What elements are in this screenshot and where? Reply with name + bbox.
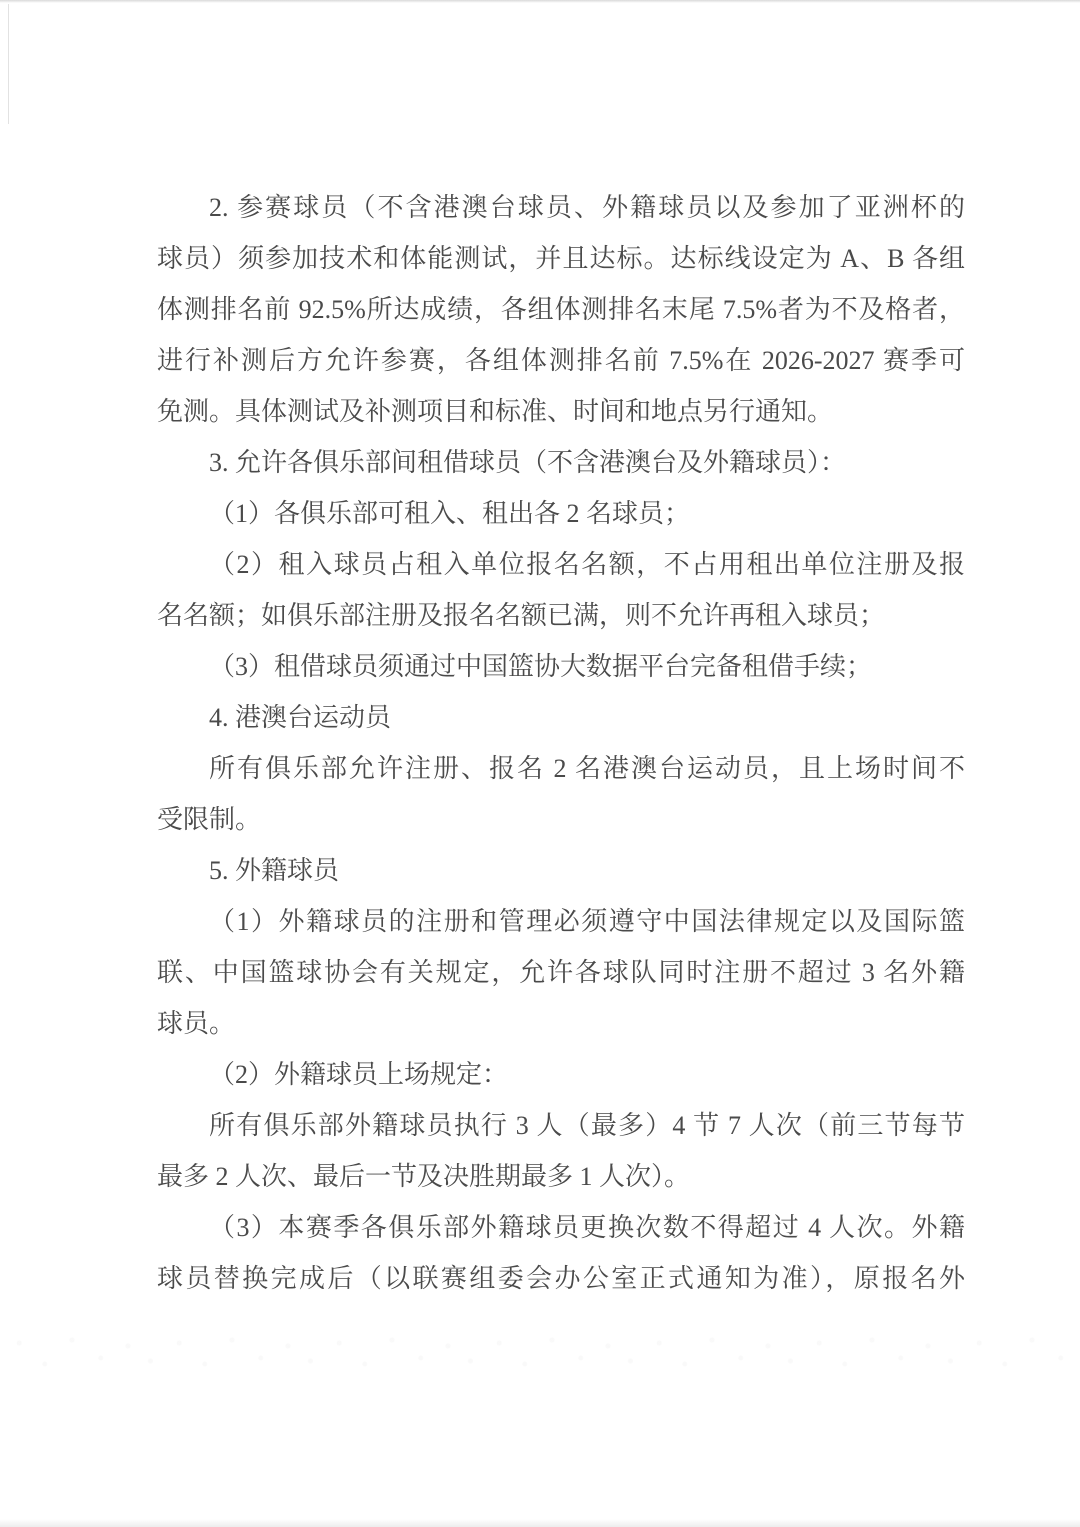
document-line: 球员。	[157, 998, 965, 1049]
scan-artifact-top-edge	[0, 0, 1080, 3]
document-line: 所有俱乐部外籍球员执行 3 人（最多）4 节 7 人次（前三节每节	[157, 1100, 965, 1151]
document-line: 名名额；如俱乐部注册及报名名额已满，则不允许再租入球员；	[157, 590, 965, 641]
document-line: 进行补测后方允许参赛，各组体测排名前 7.5%在 2026-2027 赛季可	[157, 335, 965, 386]
document-line: 2. 参赛球员（不含港澳台球员、外籍球员以及参加了亚洲杯的	[157, 182, 965, 233]
document-line: （3）本赛季各俱乐部外籍球员更换次数不得超过 4 人次。外籍	[157, 1202, 965, 1253]
document-line: （3）租借球员须通过中国篮协大数据平台完备租借手续；	[157, 641, 965, 692]
document-line: 体测排名前 92.5%所达成绩，各组体测排名末尾 7.5%者为不及格者，	[157, 284, 965, 335]
document-line: （2）外籍球员上场规定：	[157, 1049, 965, 1100]
document-line: 最多 2 人次、最后一节及决胜期最多 1 人次）。	[157, 1151, 965, 1202]
document-line: 球员）须参加技术和体能测试，并且达标。达标线设定为 A、B 各组	[157, 233, 965, 284]
scan-artifact-left-edge	[8, 4, 9, 124]
document-line: 5. 外籍球员	[157, 845, 965, 896]
document-line: 3. 允许各俱乐部间租借球员（不含港澳台及外籍球员）：	[157, 437, 965, 488]
document-line: 受限制。	[157, 794, 965, 845]
scan-artifact-bottom-edge	[0, 1519, 1080, 1527]
document-line: （1）外籍球员的注册和管理必须遵守中国法律规定以及国际篮	[157, 896, 965, 947]
document-line: 所有俱乐部允许注册、报名 2 名港澳台运动员，且上场时间不	[157, 743, 965, 794]
document-line: 联、中国篮球协会有关规定，允许各球队同时注册不超过 3 名外籍	[157, 947, 965, 998]
document-line: 球员替换完成后（以联赛组委会办公室正式通知为准），原报名外	[157, 1253, 965, 1304]
document-line: （1）各俱乐部可租入、租出各 2 名球员；	[157, 488, 965, 539]
document-line: （2）租入球员占租入单位报名名额，不占用租出单位注册及报	[157, 539, 965, 590]
scan-artifact-noise	[0, 1325, 1080, 1395]
document-line: 4. 港澳台运动员	[157, 692, 965, 743]
document-line: 免测。具体测试及补测项目和标准、时间和地点另行通知。	[157, 386, 965, 437]
document-body: 2. 参赛球员（不含港澳台球员、外籍球员以及参加了亚洲杯的 球员）须参加技术和体…	[157, 182, 965, 1304]
page: 2. 参赛球员（不含港澳台球员、外籍球员以及参加了亚洲杯的 球员）须参加技术和体…	[0, 0, 1080, 1527]
